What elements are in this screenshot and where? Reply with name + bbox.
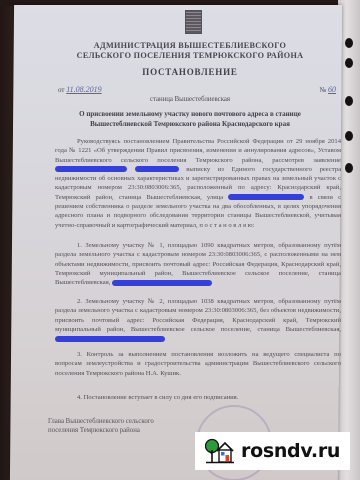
redaction <box>112 280 212 286</box>
redaction <box>55 166 127 172</box>
item-2: 2. Земельному участку № 2, площадью 1038… <box>55 297 341 343</box>
redaction <box>55 336 165 342</box>
signature-block: Глава Вышестеблиевского сельского поселе… <box>48 417 154 435</box>
document: АДМИНИСТРАЦИЯ ВЫШЕСТЕБЛИЕВСКОГО СЕЛЬСКОГ… <box>0 0 360 480</box>
signature-line-1: Глава Вышестеблиевского сельского <box>48 417 154 426</box>
date-prefix: от <box>58 86 64 94</box>
preamble-part-1: Руководствуясь постановлением Правительс… <box>55 138 341 164</box>
document-title: ПОСТАНОВЛЕНИЕ <box>40 67 340 77</box>
resolve-word: п о с т а н о в л я ю: <box>199 222 254 229</box>
item-3: 3. Контроль за выполнением постановления… <box>55 350 341 378</box>
watermark-logo[interactable]: rosndv.ru <box>195 432 350 470</box>
document-number: 60 <box>328 85 336 94</box>
document-number-wrap: № 60 <box>320 85 336 94</box>
coat-of-arms-icon <box>185 10 202 34</box>
place: станица Вышестеблиевская <box>40 96 340 103</box>
watermark-text: rosndv.ru <box>241 440 340 462</box>
redaction <box>228 194 304 200</box>
document-date: 11.08.2019 <box>66 85 101 94</box>
header-line-1: АДМИНИСТРАЦИЯ ВЫШЕСТЕБЛИЕВСКОГО <box>40 41 340 51</box>
preamble: Руководствуясь постановлением Правительс… <box>55 137 341 230</box>
item-4: 4. Постановление вступает в силу со дня … <box>55 393 341 402</box>
redaction <box>135 166 179 172</box>
subject-line-1: О присвоении земельному участку нового п… <box>40 110 340 120</box>
header-line-2: СЕЛЬСКОГО ПОСЕЛЕНИЯ ТЕМРЮКСКОГО РАЙОНА <box>40 51 340 61</box>
date-row: от 11.08.2019 № 60 <box>58 85 338 94</box>
number-prefix: № <box>320 86 327 94</box>
signature-line-2: поселения Темрюкского района <box>48 426 154 435</box>
subject-line-2: Вышестеблиевской Темрюкского района Крас… <box>40 120 340 130</box>
item-2-text: 2. Земельному участку № 2, площадью 1038… <box>55 298 341 333</box>
tree-house-icon <box>205 438 235 464</box>
item-1: 1. Земельному участку № 1, площадью 1090… <box>55 241 341 287</box>
